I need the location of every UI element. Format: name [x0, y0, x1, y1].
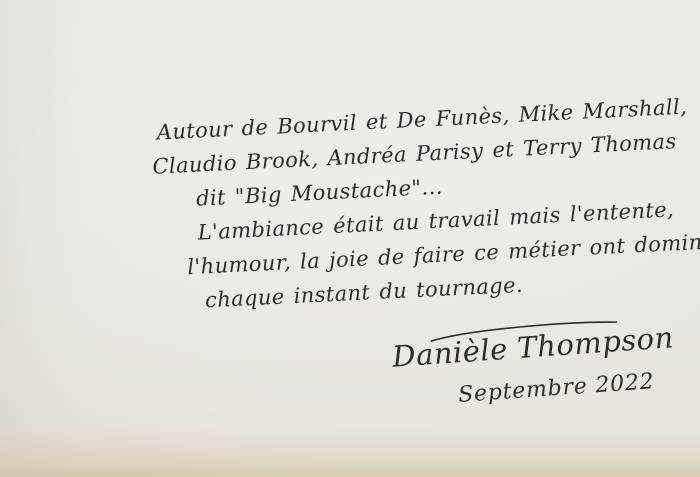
signature: Danièle Thompson	[391, 320, 675, 374]
handwritten-note: Autour de Bourvil et De Funès, Mike Mars…	[146, 91, 675, 320]
photographed-note-paper: Autour de Bourvil et De Funès, Mike Mars…	[0, 0, 700, 477]
signature-text: Danièle Thompson	[391, 320, 675, 374]
date: Septembre 2022	[457, 369, 655, 408]
